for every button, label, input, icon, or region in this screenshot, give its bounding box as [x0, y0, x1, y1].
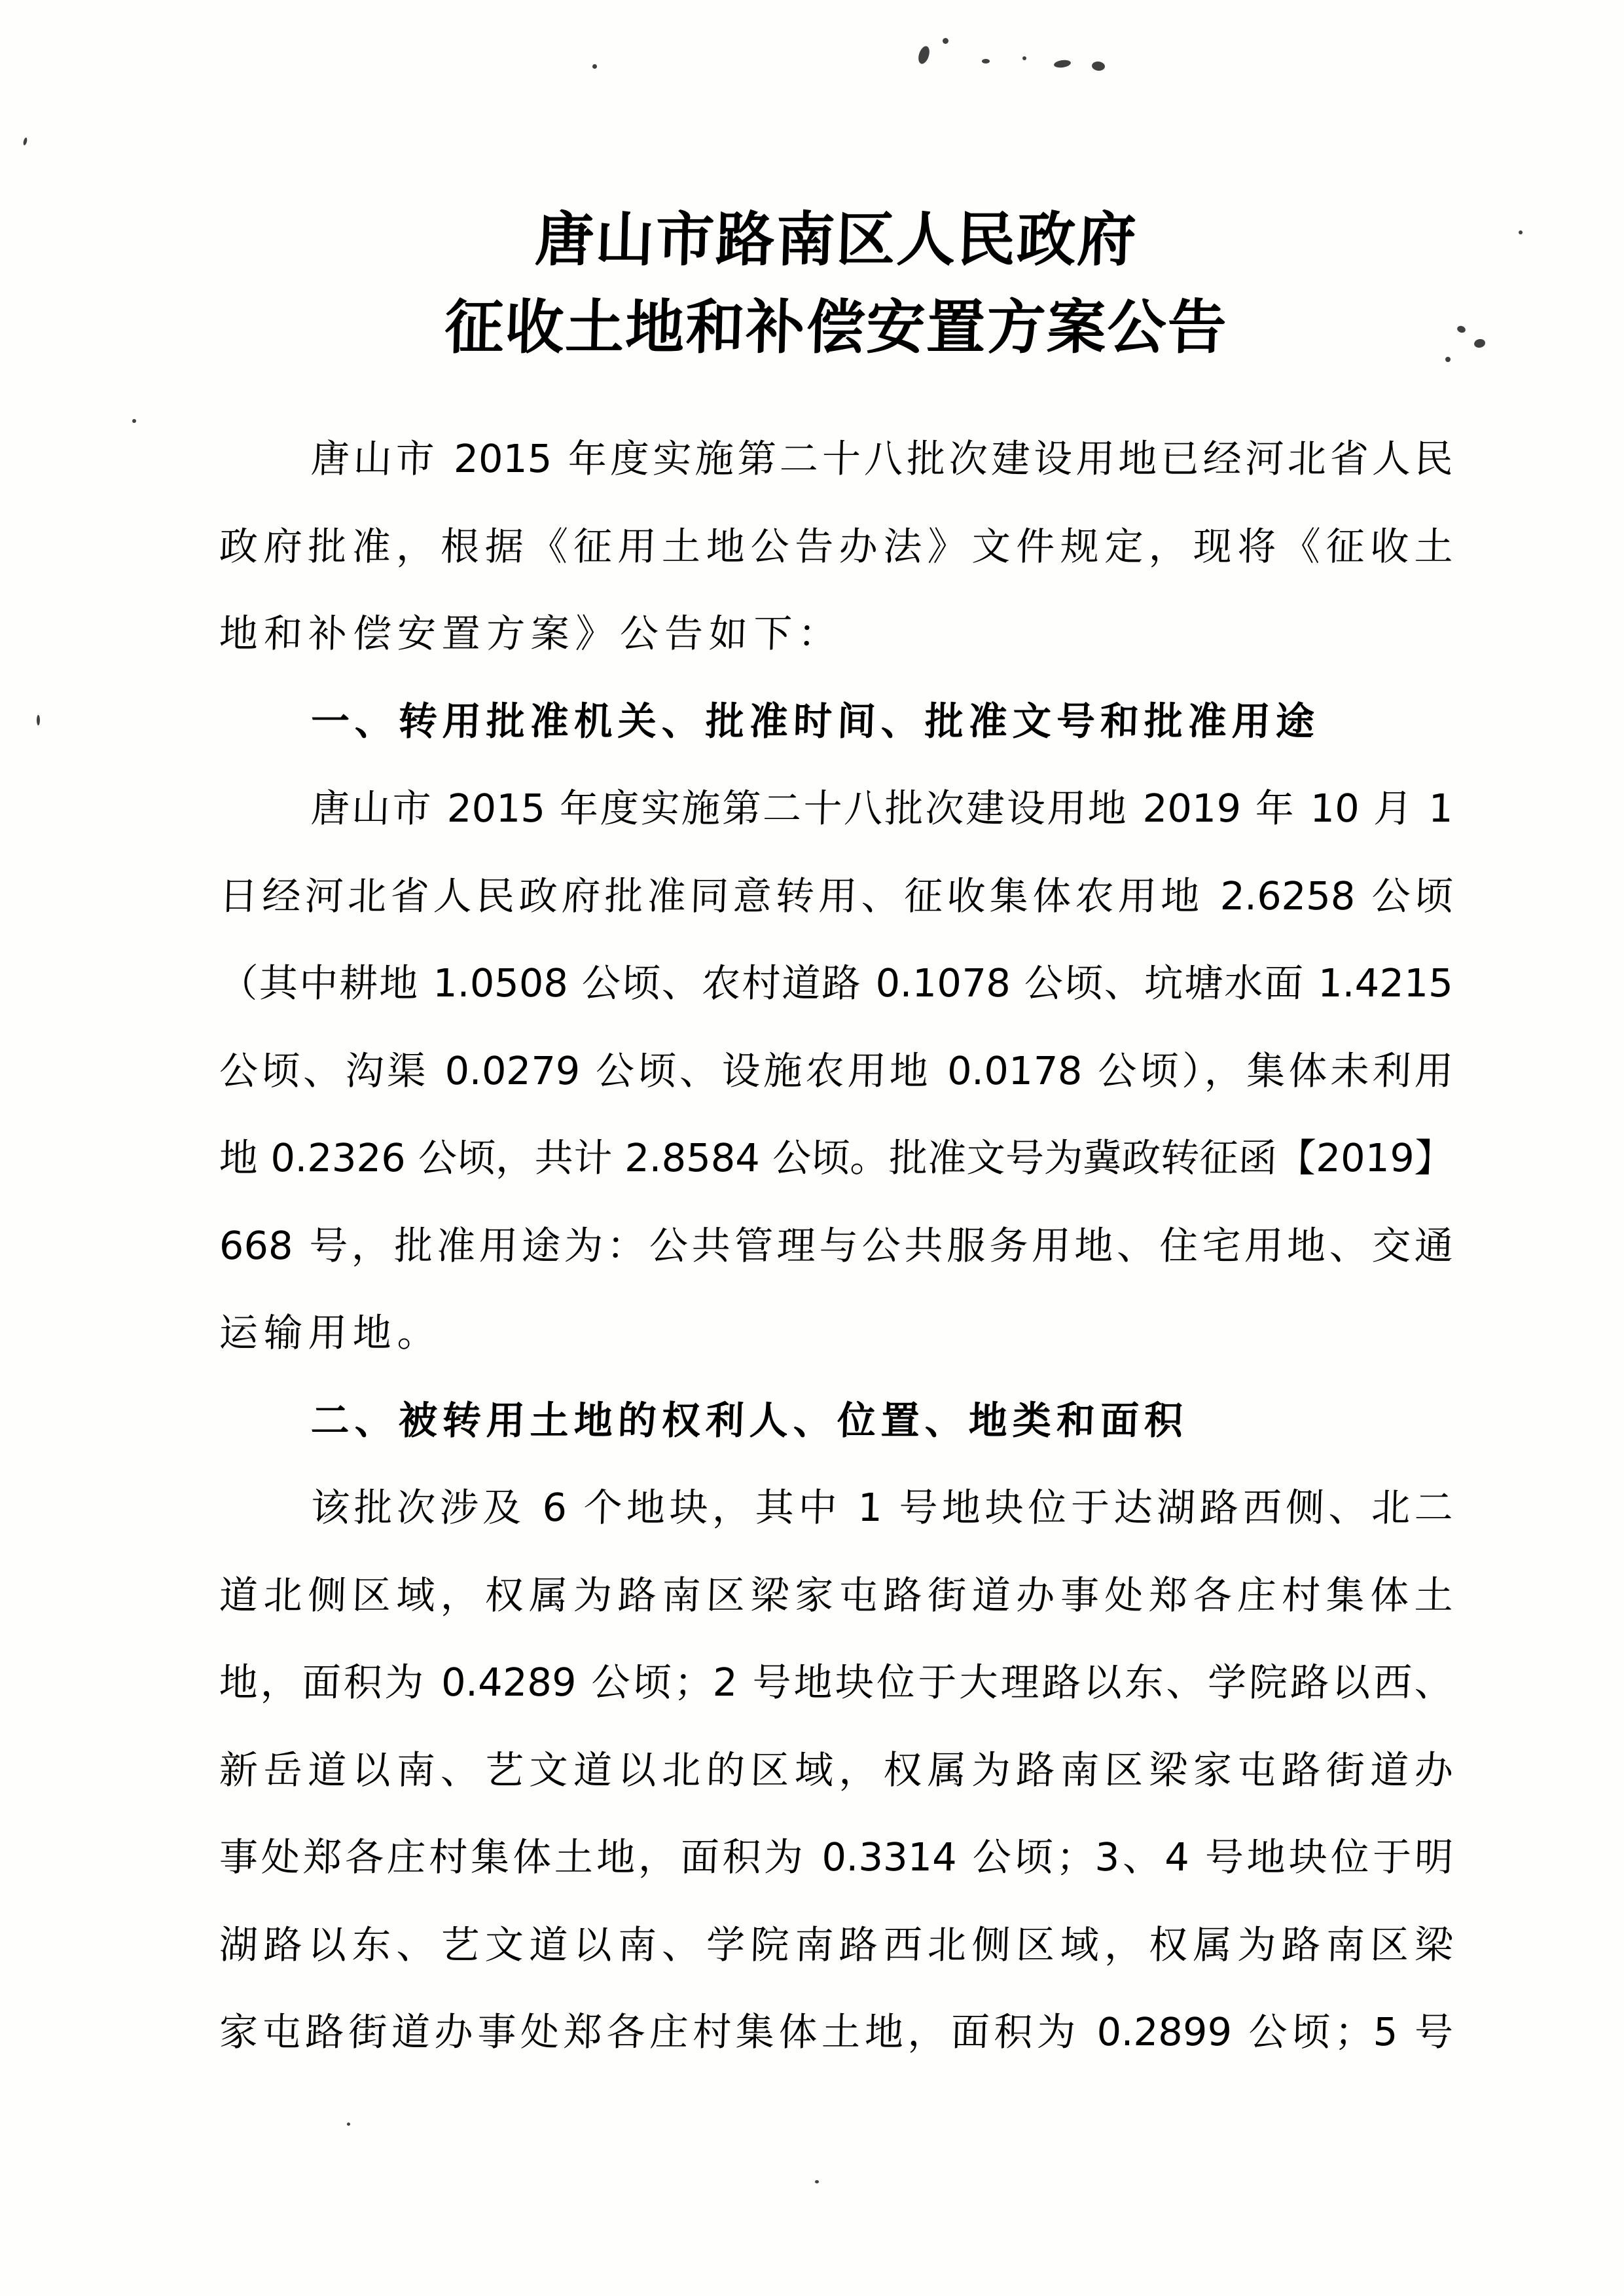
scan-speck: [815, 2180, 819, 2183]
scan-speck: [592, 64, 597, 69]
scan-speck: [1456, 325, 1467, 334]
scan-speck: [943, 38, 948, 44]
text-line: 公顷、沟渠 0.0279 公顷、设施农用地 0.0178 公顷），集体未利用: [218, 1027, 1454, 1115]
text-line: 唐山市 2015 年度实施第二十八批次建设用地 2019 年 10 月 1: [218, 765, 1454, 852]
scan-speck: [982, 59, 990, 64]
scan-speck: [23, 137, 28, 146]
scan-speck: [916, 45, 931, 65]
text-line: 地，面积为 0.4289 公顷；2 号地块位于大理路以东、学院路以西、: [218, 1639, 1454, 1726]
scan-speck: [37, 715, 40, 725]
section-heading-2: 二、被转用土地的权利人、位置、地类和面积: [218, 1377, 1454, 1465]
text-line: 道北侧区域，权属为路南区梁家屯路街道办事处郑各庄村集体土: [218, 1552, 1454, 1639]
document-title-line-2: 征收土地和补偿安置方案公告: [218, 284, 1454, 372]
text-line: 唐山市 2015 年度实施第二十八批次建设用地已经河北省人民: [218, 415, 1454, 503]
text-line: 668 号，批准用途为：公共管理与公共服务用地、住宅用地、交通: [218, 1202, 1454, 1290]
text-line: 湖路以东、艺文道以南、学院南路西北侧区域，权属为路南区梁: [218, 1901, 1454, 1989]
scanned-document-page: 唐山市路南区人民政府 征收土地和补偿安置方案公告 唐山市 2015 年度实施第二…: [0, 0, 1624, 2296]
text-line: 运输用地。: [218, 1289, 1454, 1377]
document-title-line-1: 唐山市路南区人民政府: [218, 196, 1454, 284]
scan-speck: [132, 419, 136, 423]
scan-speck: [1519, 230, 1523, 234]
text-line: （其中耕地 1.0508 公顷、农村道路 0.1078 公顷、坑塘水面 1.42…: [218, 939, 1454, 1027]
text-line: 家屯路街道办事处郑各庄村集体土地，面积为 0.2899 公顷；5 号: [218, 1988, 1454, 2076]
section-heading-1: 一、转用批准机关、批准时间、批准文号和批准用途: [218, 678, 1454, 765]
text-line: 日经河北省人民政府批准同意转用、征收集体农用地 2.6258 公顷: [218, 852, 1454, 940]
text-line: 地 0.2326 公顷，共计 2.8584 公顷。批准文号为冀政转征函【2019…: [218, 1114, 1454, 1202]
scan-speck: [1022, 56, 1026, 60]
document-title: 唐山市路南区人民政府 征收土地和补偿安置方案公告: [219, 196, 1453, 372]
scan-speck: [1053, 59, 1071, 69]
scan-speck: [347, 2123, 350, 2126]
scan-speck: [1473, 338, 1486, 348]
text-line: 地和补偿安置方案》公告如下：: [218, 590, 1454, 678]
scan-speck: [1091, 61, 1105, 71]
text-line: 该批次涉及 6 个地块，其中 1 号地块位于达湖路西侧、北二: [218, 1464, 1454, 1552]
text-line: 事处郑各庄村集体土地，面积为 0.3314 公顷；3、4 号地块位于明: [218, 1813, 1454, 1901]
text-line: 新岳道以南、艺文道以北的区域，权属为路南区梁家屯路街道办: [218, 1726, 1454, 1814]
text-line: 政府批准，根据《征用土地公告办法》文件规定，现将《征收土: [218, 503, 1454, 591]
document-body: 唐山市 2015 年度实施第二十八批次建设用地已经河北省人民 政府批准，根据《征…: [219, 415, 1453, 2076]
scan-speck: [1445, 357, 1451, 362]
